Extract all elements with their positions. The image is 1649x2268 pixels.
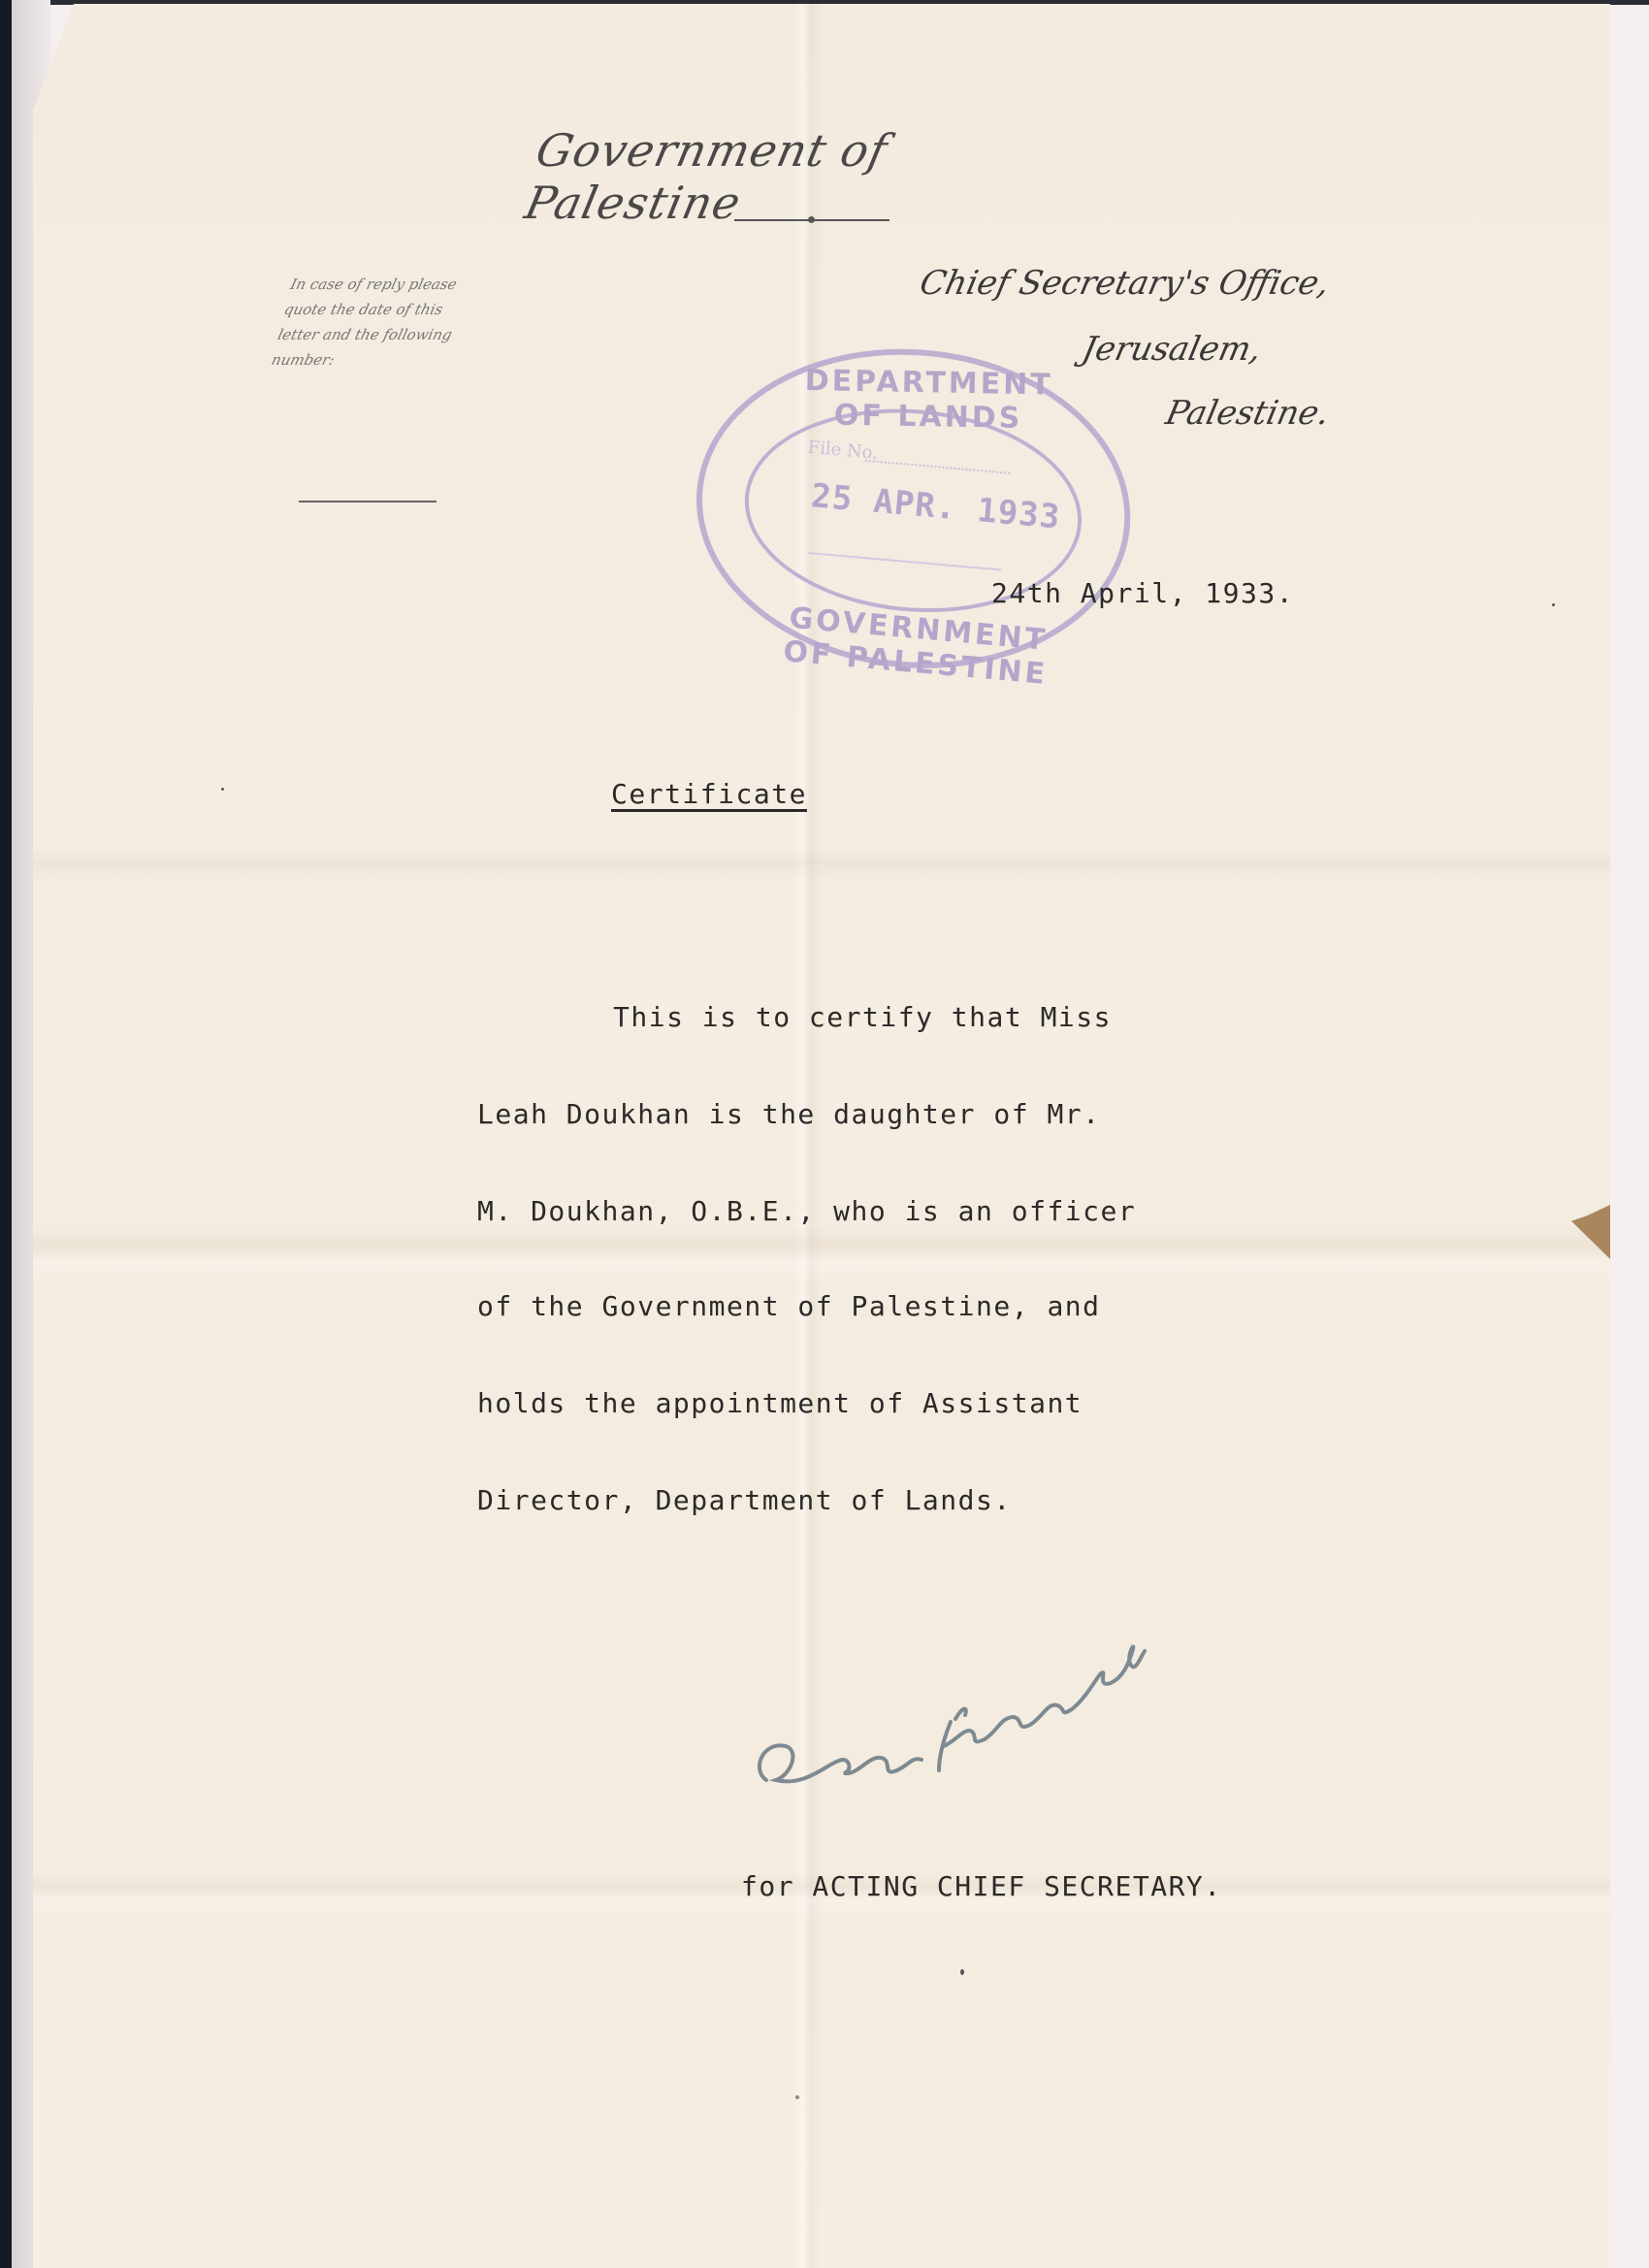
letter-date: 24th April, 1933. xyxy=(991,577,1294,609)
certificate-heading: Certificate xyxy=(611,778,807,810)
paper-speck xyxy=(221,788,224,791)
letterhead-title: Government of Palestine xyxy=(521,124,1106,229)
body-line: Leah Doukhan is the daughter of Mr. xyxy=(477,1098,1101,1130)
signoff-line: for ACTING CHIEF SECRETARY. xyxy=(741,1870,1222,1902)
stamp-department-text: DEPARTMENT OF LANDS xyxy=(783,364,1075,437)
reply-reference-note: In case of reply please quote the date o… xyxy=(269,272,478,373)
received-stamp: DEPARTMENT OF LANDS File No. 25 APR. 193… xyxy=(684,331,1136,677)
handwritten-signature xyxy=(747,1581,1154,1795)
paper-speck xyxy=(795,2095,799,2099)
paper-speck xyxy=(1552,603,1555,606)
reference-number-line xyxy=(299,501,436,502)
paper-speck xyxy=(960,1969,964,1975)
body-line: holds the appointment of Assistant xyxy=(477,1387,1083,1419)
body-line: M. Doukhan, O.B.E., who is an officer xyxy=(477,1195,1136,1227)
body-line: Director, Department of Lands. xyxy=(477,1484,1012,1516)
body-line: of the Government of Palestine, and xyxy=(477,1290,1101,1322)
letterhead-divider xyxy=(734,219,889,221)
office-name: Chief Secretary's Office, xyxy=(917,264,1333,303)
scanner-edge-left xyxy=(0,0,12,2268)
body-line: This is to certify that Miss xyxy=(613,1001,1112,1033)
